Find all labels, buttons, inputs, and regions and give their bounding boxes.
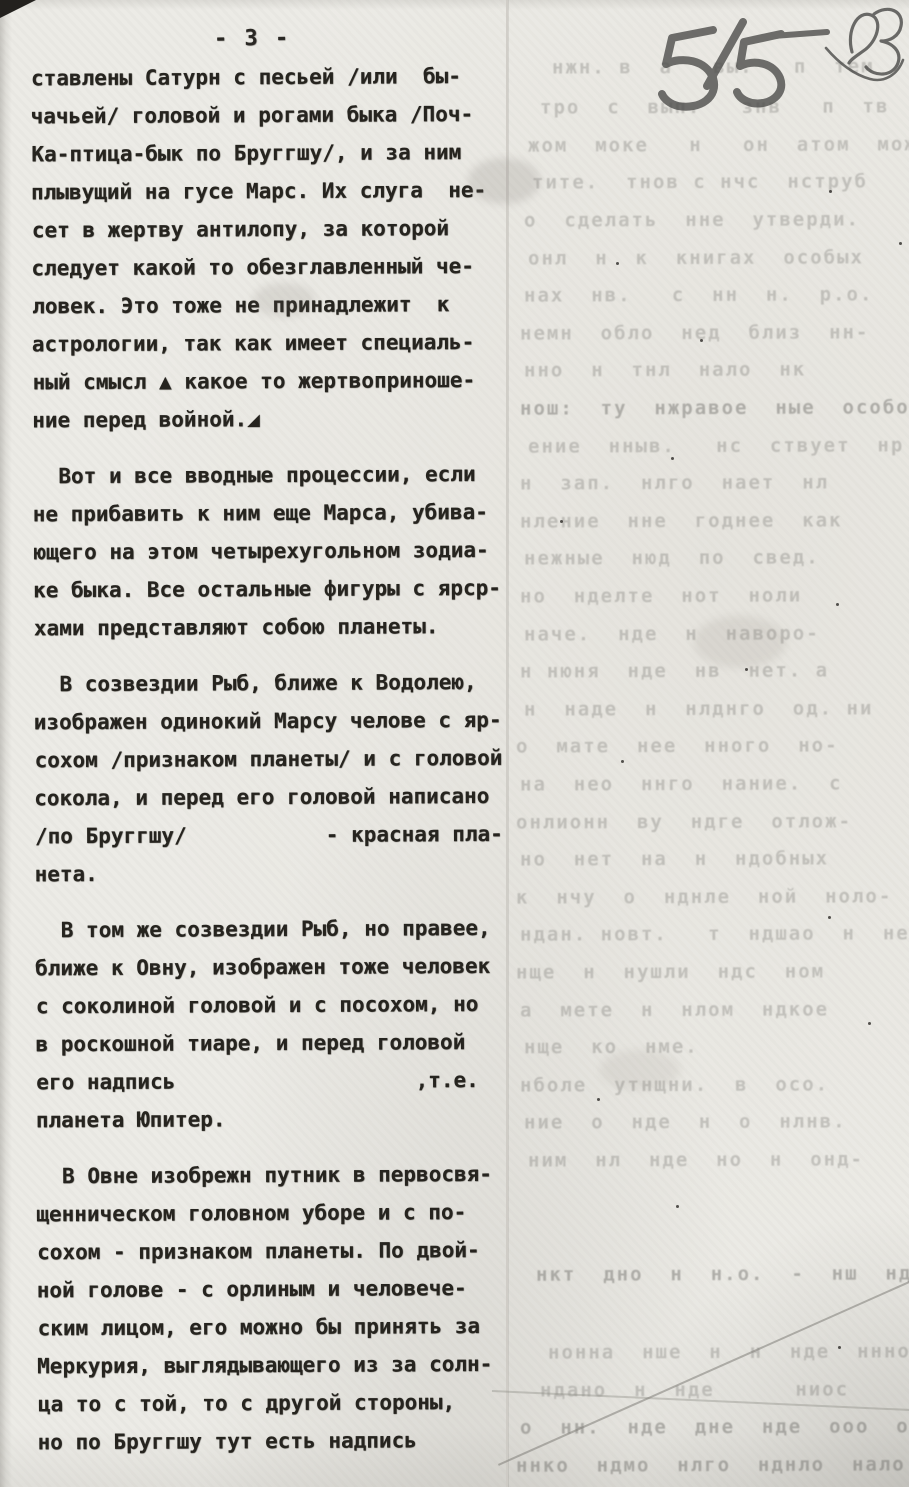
- bleedthrough-line: нще н нушли ндс ном: [516, 959, 825, 984]
- bleedthrough-line: ним нл нде но н онд-: [528, 1147, 864, 1172]
- ink-speck: [616, 262, 619, 265]
- pencil-corner-scribble: [826, 9, 903, 80]
- bleedthrough-line: онл н к книгах особых: [528, 245, 864, 270]
- bleedthrough-line: ннко ндмо нлго нднло нало нато: [516, 1452, 909, 1478]
- ink-smudge: [253, 283, 315, 317]
- ink-speck: [621, 760, 624, 763]
- scanned-page: - 3 - ставлены Сатурн с песьей /или бы-ч…: [0, 0, 909, 1487]
- ink-speck: [828, 916, 831, 919]
- bleedthrough-line: но нет на н ндобных: [520, 846, 829, 871]
- ink-speck: [676, 1205, 679, 1208]
- ink-speck: [671, 457, 674, 460]
- bleedthrough-line: немн обло нед близ нн-: [520, 320, 870, 345]
- ink-smudge: [694, 616, 786, 668]
- bleedthrough-line: н нюня нде нв нет. а: [520, 658, 829, 683]
- bleedthrough-line: нно н тнл нало нк: [524, 358, 806, 383]
- bleedthrough-line: н зап. нлго нает нл: [520, 470, 829, 495]
- bleedthrough-line: нкт дно н н.о. - нш нде ко.: [536, 1261, 909, 1287]
- bleedthrough-line: ндан. новт. т ндшао н не: [520, 921, 909, 946]
- bleedthrough-line: но нделте нот ноли: [520, 584, 802, 609]
- bleedthrough-line: нежные нюд по свед.: [524, 545, 820, 570]
- ink-speck: [836, 603, 839, 606]
- bleedthrough-line: н наде н нлднго од. ни: [524, 696, 874, 721]
- ink-speck: [868, 1022, 871, 1025]
- bleedthrough-line: о мате нее нного но-: [516, 733, 839, 758]
- ink-speck: [745, 668, 748, 671]
- pencil-grade-mark: [662, 22, 827, 107]
- ink-speck: [838, 1346, 841, 1349]
- bleedthrough-line: ние о нде н о нлнв.: [524, 1109, 847, 1134]
- bleedthrough-line: онлионн ву ндге отлож-: [516, 809, 852, 834]
- ink-speck: [700, 339, 703, 342]
- pencil-marks: [530, 0, 909, 240]
- ink-smudge: [600, 1050, 680, 1090]
- bleedthrough-line: нош: ту нжравое ные особое: [520, 395, 909, 420]
- bleedthrough-line: нление нне годнее как: [520, 508, 843, 533]
- ink-speck: [597, 1098, 600, 1101]
- bleedthrough-line: ение нныв. нс ствует нр: [528, 433, 904, 458]
- bleedthrough-line: нах нв. с нн н. р.о.: [524, 282, 874, 307]
- bleedthrough-line: к нчу о нднле ной ноло-: [516, 884, 892, 909]
- bleedthrough-line: на нео ннго нание. с: [520, 771, 843, 796]
- bleedthrough-line: а мете н нлом ндкое: [520, 997, 829, 1022]
- ink-speck: [899, 242, 902, 245]
- ink-speck: [560, 520, 563, 523]
